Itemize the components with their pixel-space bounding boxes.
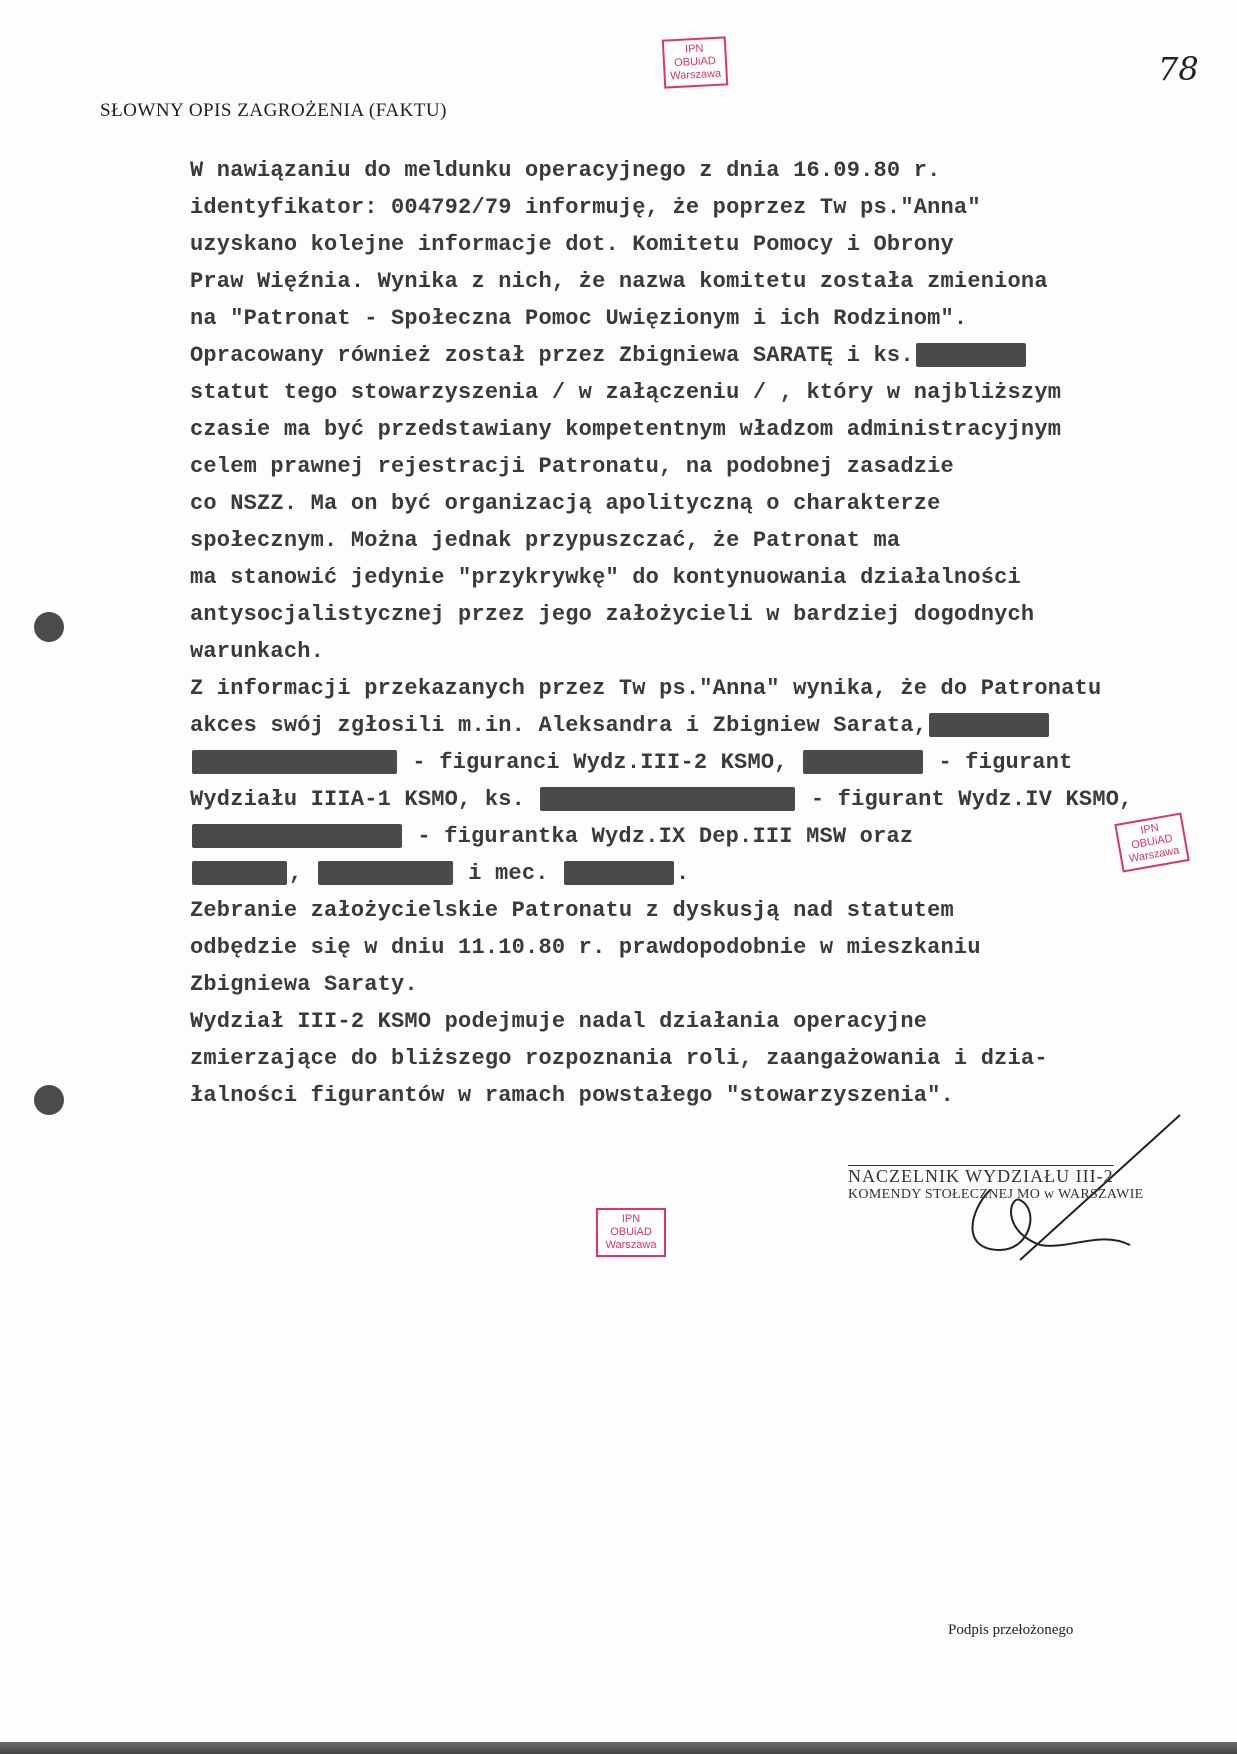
stamp-line: Warszawa — [669, 68, 722, 84]
page-number: 78 — [1158, 50, 1199, 88]
line-text: co NSZZ. Ma on być organizacją apolitycz… — [190, 491, 941, 516]
report-line: Wydziału IIIA-1 KSMO, ks. - figurant Wyd… — [190, 781, 1230, 818]
redaction-bar — [564, 861, 674, 885]
line-text: , — [289, 861, 316, 886]
report-line: , i mec. . — [190, 855, 1230, 892]
document-page: 78 SŁOWNY OPIS ZAGROŻENIA (FAKTU) IPN OB… — [0, 0, 1237, 1754]
report-line: Z informacji przekazanych przez Tw ps."A… — [190, 670, 1230, 707]
report-line: antysocjalistycznej przez jego założycie… — [190, 596, 1230, 633]
redaction-bar — [192, 750, 397, 774]
line-text: Z informacji przekazanych przez Tw ps."A… — [190, 676, 1101, 701]
report-line: statut tego stowarzyszenia / w załączeni… — [190, 374, 1230, 411]
report-line: Wydział III-2 KSMO podejmuje nadal dział… — [190, 1003, 1230, 1040]
report-line: - figurantka Wydz.IX Dep.III MSW oraz — [190, 818, 1230, 855]
line-text: odbędzie się w dniu 11.10.80 r. prawdopo… — [190, 935, 981, 960]
report-line: warunkach. — [190, 633, 1230, 670]
line-text: identyfikator: 004792/79 informuję, że p… — [190, 195, 981, 220]
line-text: akces swój zgłosili m.in. Aleksandra i Z… — [190, 713, 927, 738]
line-text: zmierzające do bliższego rozpoznania rol… — [190, 1046, 1048, 1071]
line-text: - figurantka Wydz.IX Dep.III MSW oraz — [404, 824, 913, 849]
report-line: ma stanowić jedynie "przykrywkę" do kont… — [190, 559, 1230, 596]
report-line: - figuranci Wydz.III-2 KSMO, - figurant — [190, 744, 1230, 781]
redaction-bar — [916, 343, 1026, 367]
report-line: łalności figurantów w ramach powstałego … — [190, 1077, 1230, 1114]
redaction-bar — [192, 824, 402, 848]
redaction-bar — [803, 750, 923, 774]
redaction-bar — [929, 713, 1049, 737]
typed-report-body: W nawiązaniu do meldunku operacyjnego z … — [190, 152, 1230, 1114]
line-text: Zebranie założycielskie Patronatu z dysk… — [190, 898, 954, 923]
line-text: ma stanowić jedynie "przykrywkę" do kont… — [190, 565, 1021, 590]
report-line: celem prawnej rejestracji Patronatu, na … — [190, 448, 1230, 485]
report-line: Praw Więźnia. Wynika z nich, że nazwa ko… — [190, 263, 1230, 300]
report-line: zmierzające do bliższego rozpoznania rol… — [190, 1040, 1230, 1077]
report-line: czasie ma być przedstawiany kompetentnym… — [190, 411, 1230, 448]
report-line: Zebranie założycielskie Patronatu z dysk… — [190, 892, 1230, 929]
line-text: łalności figurantów w ramach powstałego … — [190, 1083, 954, 1108]
signature-title: NACZELNIK WYDZIAŁU III-2 — [848, 1166, 1144, 1187]
punch-hole — [34, 1085, 64, 1115]
line-text: czasie ma być przedstawiany kompetentnym… — [190, 417, 1061, 442]
line-text: - figuranci Wydz.III-2 KSMO, — [399, 750, 801, 775]
line-text: Wydział III-2 KSMO podejmuje nadal dział… — [190, 1009, 927, 1034]
signature-subtitle: KOMENDY STOŁECZNEJ MO w WARSZAWIE — [848, 1187, 1144, 1203]
line-text: i mec. — [455, 861, 562, 886]
report-line: W nawiązaniu do meldunku operacyjnego z … — [190, 152, 1230, 189]
report-line: akces swój zgłosili m.in. Aleksandra i Z… — [190, 707, 1230, 744]
redaction-bar — [192, 861, 287, 885]
report-line: Opracowany również został przez Zbigniew… — [190, 337, 1230, 374]
stamp-line: IPN — [602, 1213, 660, 1226]
punch-hole — [34, 612, 64, 642]
line-text: na "Patronat - Społeczna Pomoc Uwięziony… — [190, 306, 967, 331]
line-text: - figurant — [925, 750, 1072, 775]
line-text: Opracowany również został przez Zbigniew… — [190, 343, 914, 368]
report-line: Zbigniewa Saraty. — [190, 966, 1230, 1003]
stamp-line: OBUiAD — [602, 1226, 660, 1239]
redaction-bar — [540, 787, 795, 811]
line-text: antysocjalistycznej przez jego założycie… — [190, 602, 1034, 627]
form-title: SŁOWNY OPIS ZAGROŻENIA (FAKTU) — [100, 100, 447, 122]
line-text: warunkach. — [190, 639, 324, 664]
archive-stamp: IPN OBUiAD Warszawa — [596, 1208, 666, 1257]
report-line: identyfikator: 004792/79 informuję, że p… — [190, 189, 1230, 226]
redaction-bar — [318, 861, 453, 885]
supervisor-signature-label: Podpis przełożonego — [948, 1622, 1073, 1639]
line-text: celem prawnej rejestracji Patronatu, na … — [190, 454, 954, 479]
signature-block: NACZELNIK WYDZIAŁU III-2 KOMENDY STOŁECZ… — [848, 1166, 1144, 1203]
stamp-line: Warszawa — [602, 1239, 660, 1252]
report-line: co NSZZ. Ma on być organizacją apolitycz… — [190, 485, 1230, 522]
line-text: Zbigniewa Saraty. — [190, 972, 418, 997]
line-text: Praw Więźnia. Wynika z nich, że nazwa ko… — [190, 269, 1048, 294]
scan-edge — [0, 1742, 1237, 1754]
archive-stamp: IPN OBUiAD Warszawa — [662, 36, 728, 88]
line-text: społecznym. Można jednak przypuszczać, ż… — [190, 528, 900, 553]
report-line: społecznym. Można jednak przypuszczać, ż… — [190, 522, 1230, 559]
line-text: uzyskano kolejne informacje dot. Komitet… — [190, 232, 954, 257]
line-text: . — [676, 861, 689, 886]
report-line: na "Patronat - Społeczna Pomoc Uwięziony… — [190, 300, 1230, 337]
report-line: odbędzie się w dniu 11.10.80 r. prawdopo… — [190, 929, 1230, 966]
line-text: - figurant Wydz.IV KSMO, — [797, 787, 1132, 812]
line-text: statut tego stowarzyszenia / w załączeni… — [190, 380, 1061, 405]
line-text: Wydziału IIIA-1 KSMO, ks. — [190, 787, 538, 812]
report-line: uzyskano kolejne informacje dot. Komitet… — [190, 226, 1230, 263]
line-text: W nawiązaniu do meldunku operacyjnego z … — [190, 158, 941, 183]
